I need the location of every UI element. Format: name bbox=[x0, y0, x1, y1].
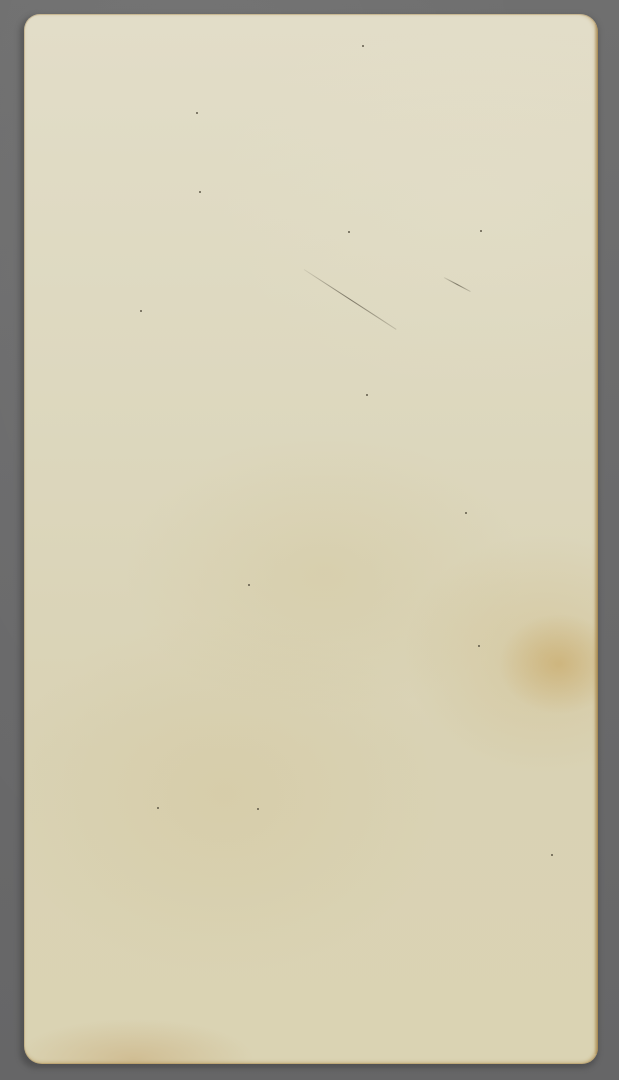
speck-mark bbox=[480, 230, 482, 232]
speck-mark bbox=[257, 808, 259, 810]
speck-mark bbox=[196, 112, 198, 114]
speck-mark bbox=[366, 394, 368, 396]
blank-card-back bbox=[24, 14, 598, 1064]
speck-mark bbox=[140, 310, 142, 312]
photo-scene bbox=[0, 0, 619, 1080]
speck-mark bbox=[157, 807, 159, 809]
speck-mark bbox=[551, 854, 553, 856]
speck-mark bbox=[478, 645, 480, 647]
card-edge-discoloration bbox=[594, 24, 598, 1054]
scratch-mark bbox=[444, 277, 471, 292]
speck-mark bbox=[465, 512, 467, 514]
speck-mark bbox=[362, 45, 364, 47]
speck-mark bbox=[248, 584, 250, 586]
speck-mark bbox=[348, 231, 350, 233]
speck-mark bbox=[199, 191, 201, 193]
scratch-mark bbox=[304, 269, 397, 330]
